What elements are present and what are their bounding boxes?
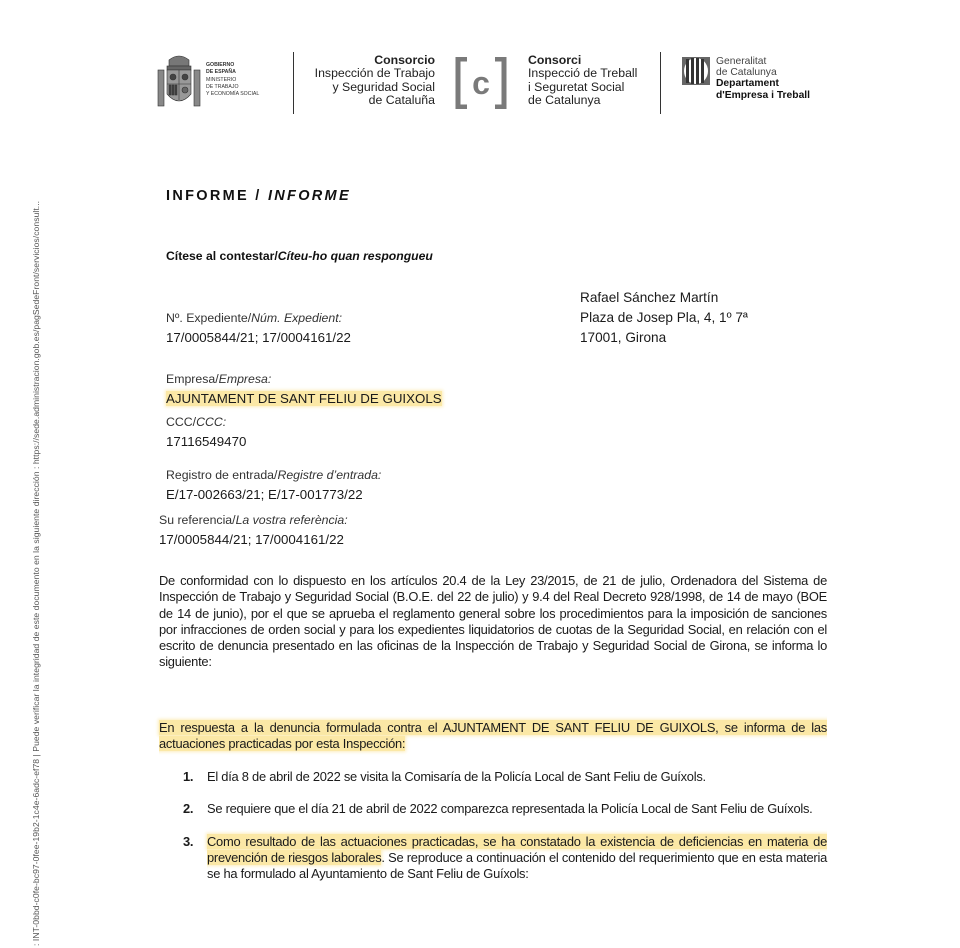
list-number: 3. xyxy=(183,834,193,850)
consorcio-line: de Cataluña xyxy=(303,94,435,107)
expediente-label-es: Nº. Expediente/ xyxy=(166,311,251,325)
recipient-street: Plaza de Josep Pla, 4, 1º 7ª xyxy=(580,308,748,328)
ccc-label-es: CCC/ xyxy=(166,415,196,429)
consorci-ca-text: Consorci Inspecció de Treball i Segureta… xyxy=(528,54,637,107)
registro-value: E/17-002663/21; E/17-001773/22 xyxy=(166,485,381,504)
empresa-label-es: Empresa/ xyxy=(166,372,219,386)
consorci-line: de Catalunya xyxy=(528,94,637,107)
departament-line: Departament xyxy=(716,78,810,89)
ministerio-line: MINISTERIO xyxy=(206,77,259,84)
empresa-value: AJUNTAMENT DE SANT FELIU DE GUIXOLS xyxy=(166,391,442,406)
gobierno-text: GOBIERNO DE ESPAÑA MINISTERIO DE TRABAJO… xyxy=(206,62,259,98)
spain-coat-of-arms-icon xyxy=(157,54,201,110)
response-text: En respuesta a la denuncia formulada con… xyxy=(159,720,827,751)
registro-label-ca: Registre d’entrada: xyxy=(277,468,381,482)
cite-es: Cítese al contestar/ xyxy=(166,249,278,263)
intro-paragraph: De conformidad con lo dispuesto en los a… xyxy=(159,573,827,671)
verification-side-note: : INT-0bbd-c0fe-bc97-0fee-19b2-1c4e-6adc… xyxy=(31,201,41,946)
registro-label-es: Registro de entrada/ xyxy=(166,468,277,482)
consorci-line: i Seguretat Social xyxy=(528,81,637,94)
consorcio-es-text: Consorcio Inspección de Trabajo y Seguri… xyxy=(303,54,435,107)
consorcio-title: Consorcio xyxy=(303,54,435,67)
espana-line: DE ESPAÑA xyxy=(206,69,259,76)
empresa-label-ca: Empresa: xyxy=(219,372,272,386)
referencia-label-ca: La vostra referència: xyxy=(236,513,348,527)
logo-divider xyxy=(660,52,661,114)
expediente-field: Nº. Expediente/Núm. Expedient: 17/000584… xyxy=(166,309,351,347)
referencia-value: 17/0005844/21; 17/0004161/22 xyxy=(159,530,348,549)
expediente-value: 17/0005844/21; 17/0004161/22 xyxy=(166,328,351,347)
title-ca: INFORME xyxy=(268,188,351,204)
ccc-value: 17116549470 xyxy=(166,432,246,451)
list-number: 1. xyxy=(183,769,193,785)
generalitat-line: Generalitat xyxy=(716,56,810,67)
response-paragraph: En respuesta a la denuncia formulada con… xyxy=(159,720,827,753)
cite-instruction: Cítese al contestar/Cíteu-ho quan respon… xyxy=(166,249,433,263)
list-number: 2. xyxy=(183,801,193,817)
referencia-field: Su referencia/La vostra referència: 17/0… xyxy=(159,511,348,549)
consorcio-line: Inspección de Trabajo xyxy=(303,67,435,80)
svg-text:c: c xyxy=(472,65,490,101)
empresa-field: Empresa/Empresa: AJUNTAMENT DE SANT FELI… xyxy=(166,370,442,408)
list-item: 1. El día 8 de abril de 2022 se visita l… xyxy=(183,769,827,785)
economia-social-line: Y ECONOMÍA SOCIAL xyxy=(206,91,259,98)
empresa-treball-line: d'Empresa i Treball xyxy=(716,90,810,101)
logo-divider xyxy=(293,52,294,114)
registro-field: Registro de entrada/Registre d’entrada: … xyxy=(166,466,381,504)
generalitat-text: Generalitat de Catalunya Departament d'E… xyxy=(716,56,810,101)
ccc-field: CCC/CCC: 17116549470 xyxy=(166,413,246,451)
catalunya-line: de Catalunya xyxy=(716,67,810,78)
consorci-line: Inspecció de Treball xyxy=(528,67,637,80)
generalitat-logo-icon xyxy=(682,57,710,85)
recipient-name: Rafael Sánchez Martín xyxy=(580,288,748,308)
consorcio-line: y Seguridad Social xyxy=(303,81,435,94)
list-text: Se requiere que el día 21 de abril de 20… xyxy=(207,801,813,816)
referencia-label-es: Su referencia/ xyxy=(159,513,236,527)
recipient-city: 17001, Girona xyxy=(580,328,748,348)
consorci-c-bracket-icon: c xyxy=(455,57,507,109)
consorci-title: Consorci xyxy=(528,54,637,67)
list-text: El día 8 de abril de 2022 se visita la C… xyxy=(207,769,706,784)
gobierno-espana-logo: GOBIERNO DE ESPAÑA MINISTERIO DE TRABAJO… xyxy=(155,52,285,110)
list-item: 3. Como resultado de las actuaciones pra… xyxy=(183,834,827,883)
list-item: 2. Se requiere que el día 21 de abril de… xyxy=(183,801,827,817)
title-es: INFORME / xyxy=(166,188,268,204)
ccc-label-ca: CCC: xyxy=(196,415,226,429)
letterhead: GOBIERNO DE ESPAÑA MINISTERIO DE TRABAJO… xyxy=(155,50,835,120)
actions-list: 1. El día 8 de abril de 2022 se visita l… xyxy=(183,769,827,898)
document-title: INFORME / INFORME xyxy=(166,188,351,204)
recipient-address: Rafael Sánchez Martín Plaza de Josep Pla… xyxy=(580,288,748,348)
cite-ca: Cíteu-ho quan respongueu xyxy=(278,249,433,263)
expediente-label-ca: Núm. Expedient: xyxy=(251,311,342,325)
